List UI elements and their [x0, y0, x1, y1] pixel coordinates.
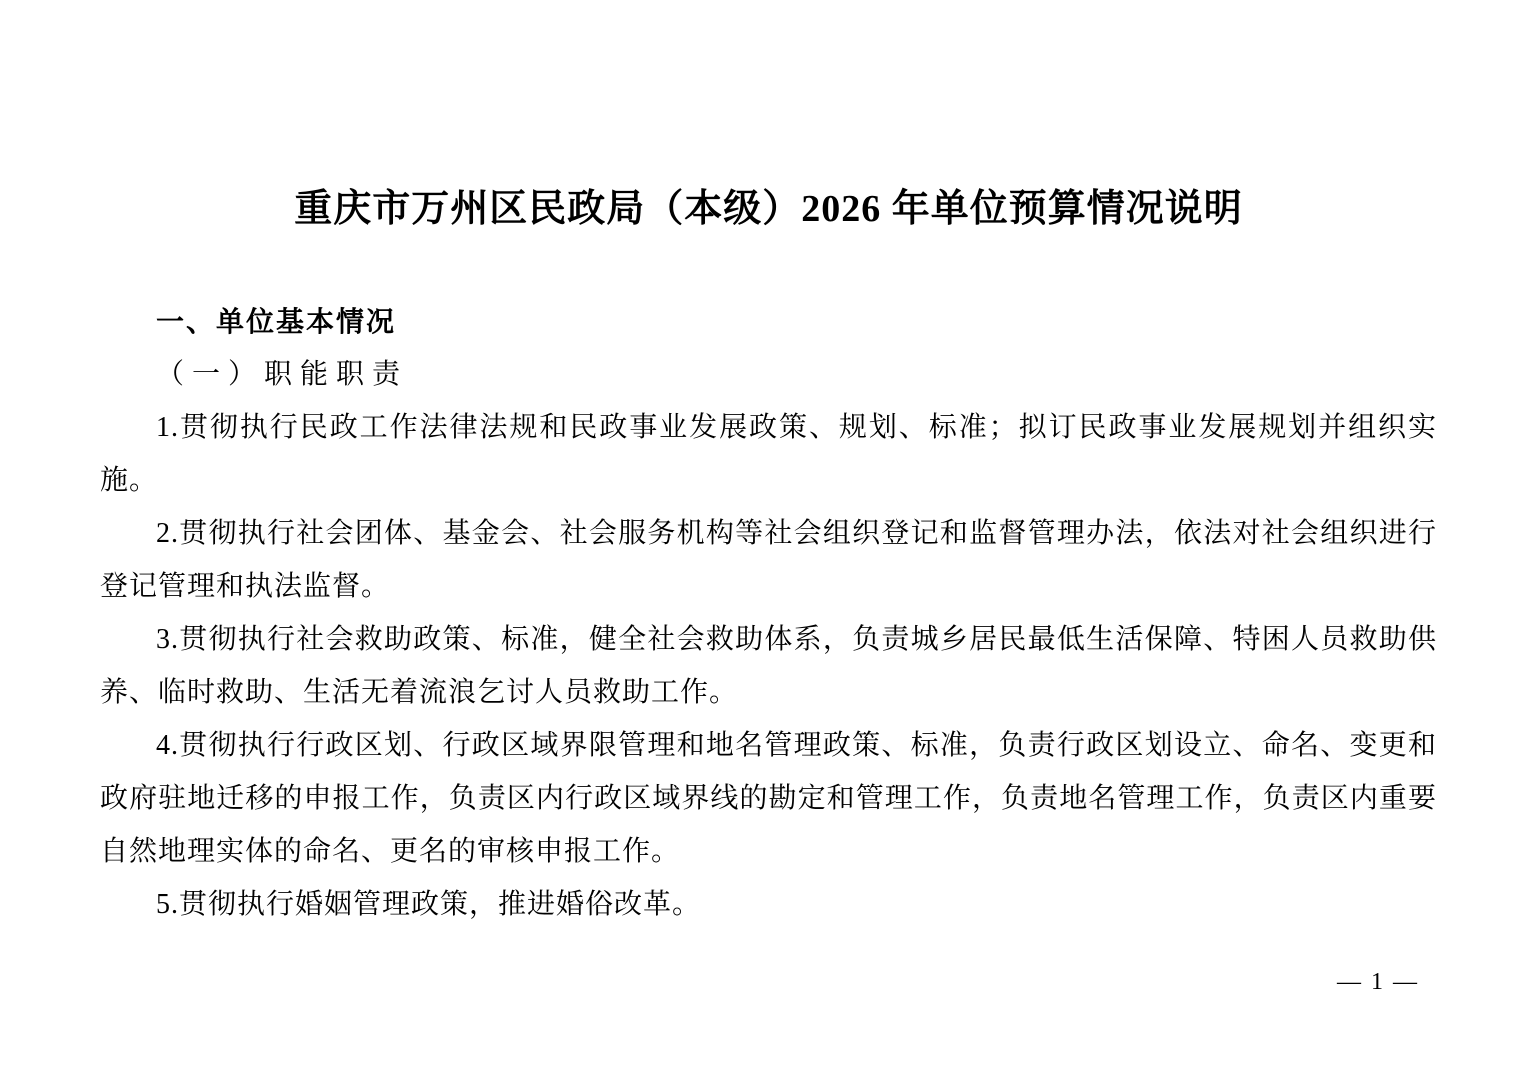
document-body: 重庆市万州区民政局（本级）2026 年单位预算情况说明 一、单位基本情况 （一）… [100, 0, 1437, 997]
body-paragraph-3: 3.贯彻执行社会救助政策、标准，健全社会救助体系，负责城乡居民最低生活保障、特困… [100, 613, 1437, 719]
section-heading-basic-info: 一、单位基本情况 [100, 295, 1437, 348]
document-page: 重庆市万州区民政局（本级）2026 年单位预算情况说明 一、单位基本情况 （一）… [0, 0, 1520, 1074]
body-paragraph-2: 2.贯彻执行社会团体、基金会、社会服务机构等社会组织登记和监督管理办法，依法对社… [100, 507, 1437, 613]
body-paragraph-1: 1.贯彻执行民政工作法律法规和民政事业发展政策、规划、标准；拟订民政事业发展规划… [100, 401, 1437, 507]
body-paragraph-4: 4.贯彻执行行政区划、行政区域界限管理和地名管理政策、标准，负责行政区划设立、命… [100, 719, 1437, 878]
page-number: — 1 — [100, 967, 1437, 997]
document-title: 重庆市万州区民政局（本级）2026 年单位预算情况说明 [100, 186, 1437, 232]
body-paragraph-5: 5.贯彻执行婚姻管理政策，推进婚俗改革。 [100, 878, 1437, 931]
sub-heading-duties: （一）职能职责 [100, 348, 1437, 401]
